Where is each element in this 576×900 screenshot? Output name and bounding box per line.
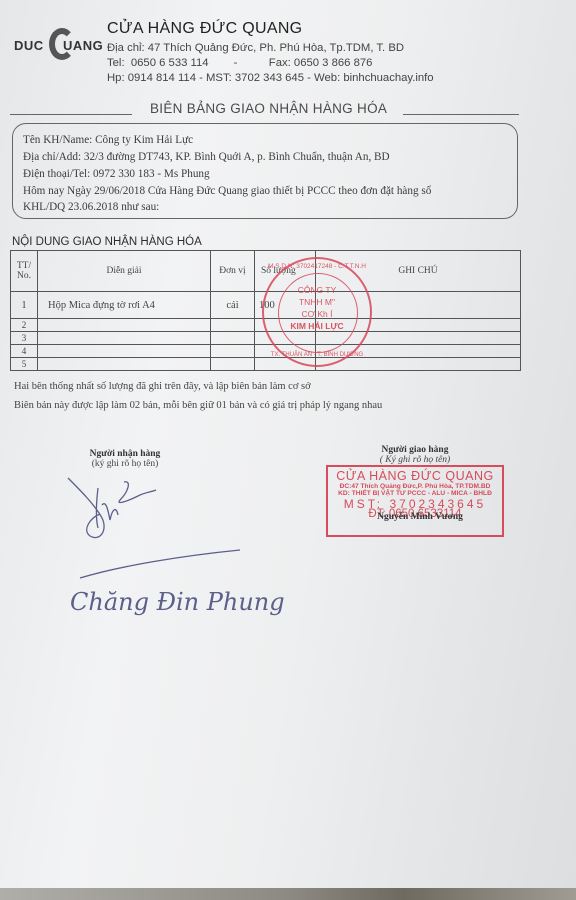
row-unit <box>211 332 255 345</box>
col-header-tt: TT/ No. <box>11 251 38 292</box>
stamp-line1: CÔNG TY <box>264 285 370 295</box>
col-header-tt-line2: No. <box>17 271 31 281</box>
row-number: 3 <box>11 332 38 345</box>
floor-background <box>0 888 576 900</box>
deliverer-signature-block: Người giao hàng ( Ký ghi rõ họ tên) <box>350 445 480 465</box>
row-note <box>316 358 521 371</box>
document-title: BIÊN BẢNG GIAO NHẬN HÀNG HÓA <box>150 101 387 116</box>
receiver-handwritten-signature: Chăng Đin Phung <box>60 470 290 620</box>
stamp-line4: KIM HẢI LỰC <box>264 321 370 331</box>
logo-text-right: UANG <box>63 38 103 53</box>
receiver-signature-block: Người nhận hàng (ký ghi rõ họ tên) <box>60 449 190 469</box>
col-header-unit: Đơn vị <box>211 251 255 292</box>
stamp-line3: CƠ Kh Í <box>264 309 370 319</box>
row-description <box>38 332 211 345</box>
delivery-statement-line2: KHL/DQ 23.06.2018 như sau: <box>23 201 159 213</box>
col-header-tt-line1: TT/ <box>17 261 31 271</box>
stamp-line2: TNHH M" <box>264 297 370 307</box>
row-description <box>38 319 211 332</box>
row-number: 5 <box>11 358 38 371</box>
receiver-printed-name: Chăng Đin Phung <box>70 588 285 616</box>
title-rule-left <box>10 114 132 115</box>
row-number: 1 <box>11 292 38 319</box>
row-number: 2 <box>11 319 38 332</box>
deliverer-note: ( Ký ghi rõ họ tên) <box>350 455 480 465</box>
closing-line2: Biên bản này được lập làm 02 bản, mỗi bê… <box>14 400 382 411</box>
shop-hp-mst-web: Hp: 0914 814 114 - MST: 3702 343 645 - W… <box>107 72 434 84</box>
closing-line1: Hai bên thống nhất số lượng đã ghi trên … <box>14 381 311 392</box>
row-description: Hộp Mica đựng tờ rơi A4 <box>38 292 211 319</box>
shop-name: CỬA HÀNG ĐỨC QUANG <box>107 20 302 38</box>
col-header-description: Diễn giải <box>38 251 211 292</box>
stamp-top-arc-text: M.S.D.N: 3702417248 - C.T.T.N.H <box>264 263 370 270</box>
customer-address: Địa chỉ/Add: 32/3 đường DT743, KP. Bình … <box>23 151 390 163</box>
row-unit: cái <box>211 292 255 319</box>
row-description <box>38 345 211 358</box>
customer-name: Tên KH/Name: Công ty Kim Hải Lực <box>23 134 193 146</box>
row-number: 4 <box>11 345 38 358</box>
delivery-statement-line1: Hôm nay Ngày 29/06/2018 Cửa Hàng Đức Qua… <box>23 185 431 197</box>
receiver-note: (ký ghi rõ họ tên) <box>60 459 190 469</box>
shop-tel-fax: Tel: 0650 6 533 114 - Fax: 0650 3 866 87… <box>107 57 372 69</box>
customer-phone: Điện thoại/Tel: 0972 330 183 - Ms Phung <box>23 168 210 180</box>
customer-info-box: Tên KH/Name: Công ty Kim Hải Lực Địa chỉ… <box>12 123 518 219</box>
deliverer-name: Nguyễn Minh Vương <box>355 512 485 522</box>
document-title-row: BIÊN BẢNG GIAO NHẬN HÀNG HÓA <box>0 101 576 117</box>
row-unit <box>211 319 255 332</box>
deliverer-title: Người giao hàng <box>350 445 480 455</box>
table-row: 5 <box>11 358 521 371</box>
title-rule-right <box>403 114 519 115</box>
receiver-title: Người nhận hàng <box>60 449 190 459</box>
row-unit <box>211 345 255 358</box>
shop-logo: DUC UANG <box>14 26 104 66</box>
stamp-shop-address: ĐC:47 Thích Quảng Đức,P. Phú Hòa, TP.TDM… <box>328 483 502 490</box>
row-unit <box>211 358 255 371</box>
stamp-bottom-arc-text: TX. THUẬN AN - T. BÌNH DƯƠNG <box>264 352 370 358</box>
customer-company-round-stamp: M.S.D.N: 3702417248 - C.T.T.N.H CÔNG TY … <box>262 257 372 367</box>
shop-rectangular-stamp: CỬA HÀNG ĐỨC QUANG ĐC:47 Thích Quảng Đức… <box>326 465 504 537</box>
shop-address: Địa chỉ: 47 Thích Quảng Đức, Ph. Phú Hòa… <box>107 42 404 54</box>
goods-section-title: NỘI DUNG GIAO NHẬN HÀNG HÓA <box>12 236 202 248</box>
stamp-shop-name: CỬA HÀNG ĐỨC QUANG <box>328 469 502 483</box>
row-description <box>38 358 211 371</box>
stamp-shop-business: KD: THIẾT BỊ VẬT TƯ PCCC - ALU - MICA - … <box>328 490 502 497</box>
logo-text-left: DUC <box>14 38 44 53</box>
